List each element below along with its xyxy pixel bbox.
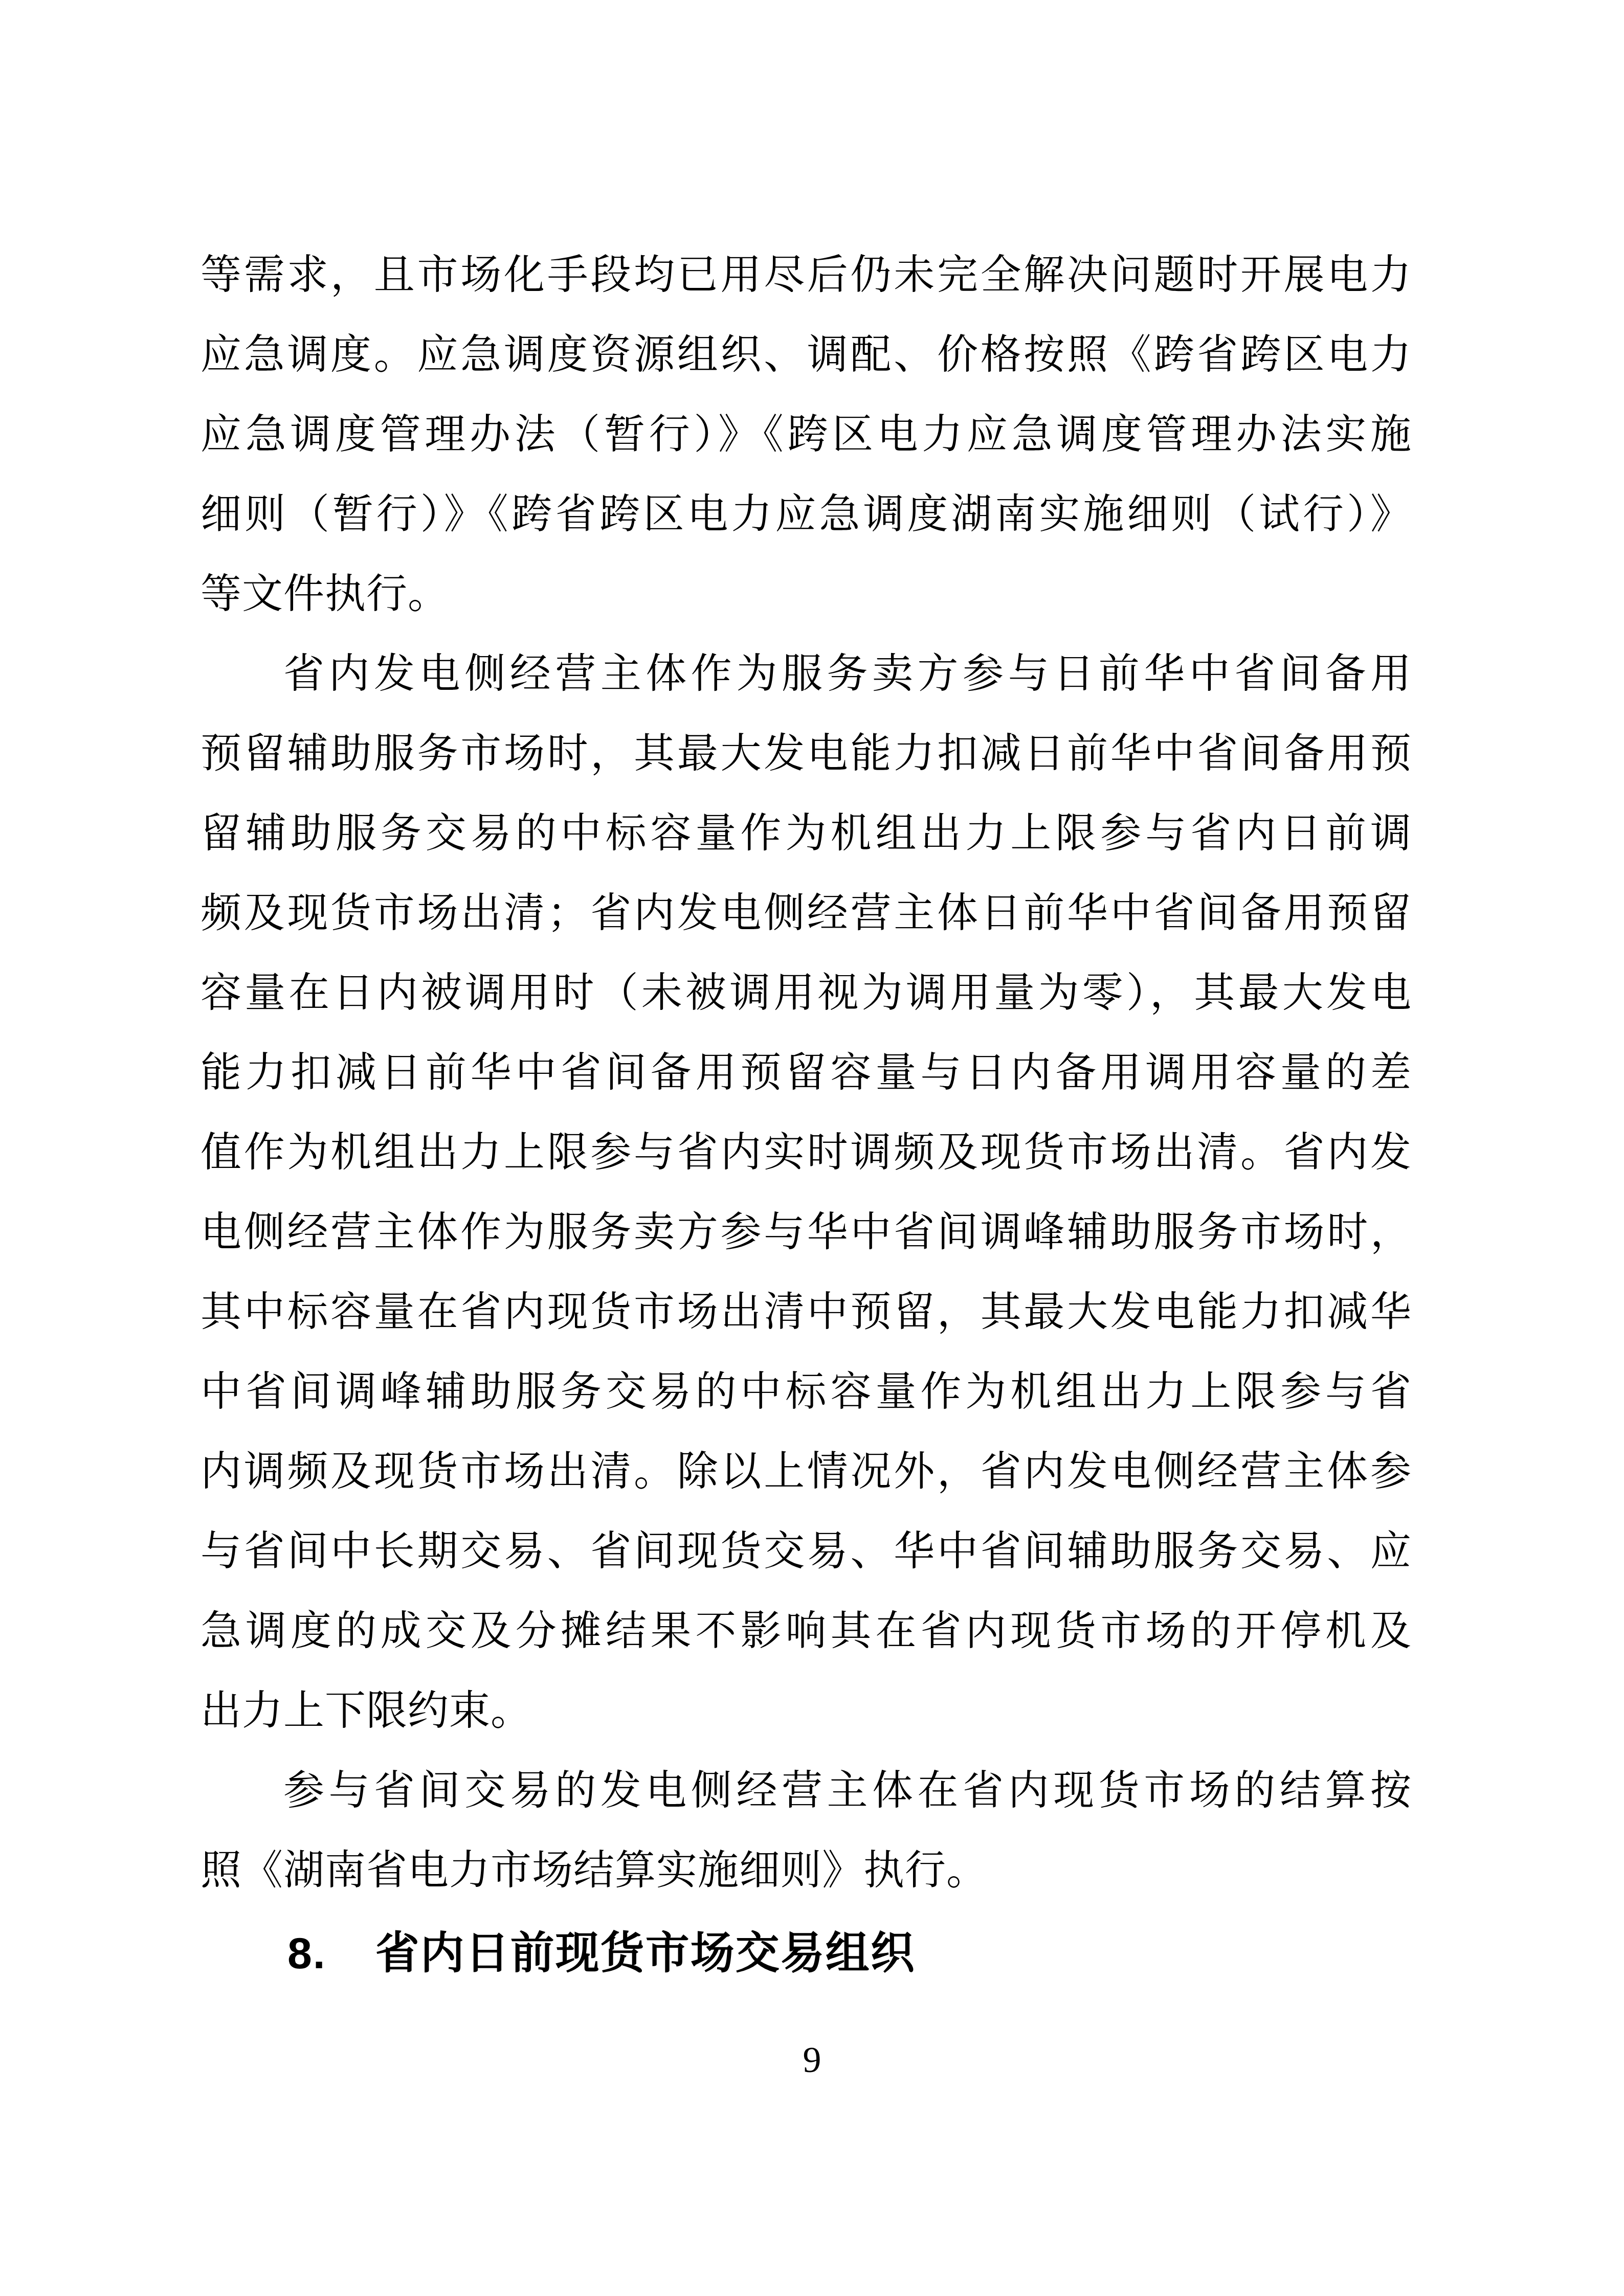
body-line: 应急调度。应急调度资源组织、调配、价格按照《跨省跨区电力 xyxy=(201,315,1412,395)
body-line: 留辅助服务交易的中标容量作为机组出力上限参与省内日前调 xyxy=(201,794,1412,873)
body-line: 与省间中长期交易、省间现货交易、华中省间辅助服务交易、应 xyxy=(201,1512,1412,1591)
page-number: 9 xyxy=(803,2039,821,2080)
section-heading: 8.省内日前现货市场交易组织 xyxy=(201,1914,1412,1993)
body-line: 电侧经营主体作为服务卖方参与华中省间调峰辅助服务市场时， xyxy=(201,1192,1412,1272)
body-line: 中省间调峰辅助服务交易的中标容量作为机组出力上限参与省 xyxy=(201,1352,1412,1432)
body-line: 照《湖南省电力市场结算实施细则》执行。 xyxy=(201,1831,1412,1910)
body-line: 内调频及现货市场出清。除以上情况外，省内发电侧经营主体参 xyxy=(201,1432,1412,1512)
body-line: 预留辅助服务市场时，其最大发电能力扣减日前华中省间备用预 xyxy=(201,714,1412,794)
body-line: 等文件执行。 xyxy=(201,554,1412,634)
body-line: 容量在日内被调用时（未被调用视为调用量为零），其最大发电 xyxy=(201,953,1412,1033)
body-line: 能力扣减日前华中省间备用预留容量与日内备用调用容量的差 xyxy=(201,1033,1412,1113)
heading-number: 8. xyxy=(287,1929,326,1978)
body-line: 省内发电侧经营主体作为服务卖方参与日前华中省间备用 xyxy=(201,634,1412,714)
body-line: 其中标容量在省内现货市场出清中预留，其最大发电能力扣减华 xyxy=(201,1272,1412,1352)
body-line: 急调度的成交及分摊结果不影响其在省内现货市场的开停机及 xyxy=(201,1591,1412,1671)
heading-title: 省内日前现货市场交易组织 xyxy=(375,1929,916,1978)
body-line: 细则（暂行）》《跨省跨区电力应急调度湖南实施细则（试行）》 xyxy=(201,475,1412,554)
page-footer: 9 xyxy=(0,2034,1624,2085)
text-block: 等需求，且市场化手段均已用尽后仍未完全解决问题时开展电力 应急调度。应急调度资源… xyxy=(201,235,1412,1993)
body-line: 参与省间交易的发电侧经营主体在省内现货市场的结算按 xyxy=(201,1751,1412,1831)
body-line: 值作为机组出力上限参与省内实时调频及现货市场出清。省内发 xyxy=(201,1113,1412,1192)
body-line: 等需求，且市场化手段均已用尽后仍未完全解决问题时开展电力 xyxy=(201,235,1412,315)
document-page: 等需求，且市场化手段均已用尽后仍未完全解决问题时开展电力 应急调度。应急调度资源… xyxy=(0,0,1624,2296)
body-line: 应急调度管理办法（暂行）》《跨区电力应急调度管理办法实施 xyxy=(201,395,1412,475)
body-line: 频及现货市场出清；省内发电侧经营主体日前华中省间备用预留 xyxy=(201,873,1412,953)
body-line: 出力上下限约束。 xyxy=(201,1671,1412,1751)
